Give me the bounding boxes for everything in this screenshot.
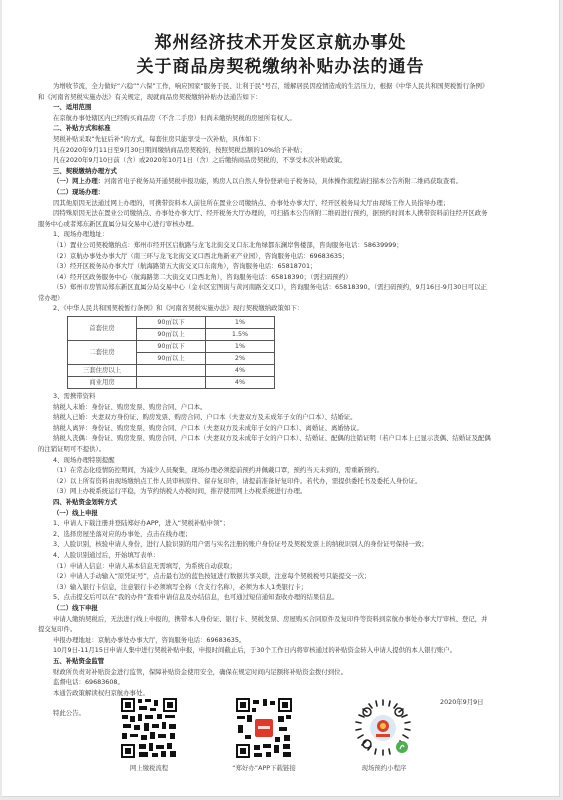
- table-cell-area: [137, 365, 206, 377]
- table-cell-area: 90㎡以上: [137, 353, 206, 365]
- offline-paragraph: 申请人缴纳契税后，无法进行线上申报的，携带本人身份证、银行卡、契税发票、房屋购买…: [38, 614, 493, 635]
- reminder-title: 4、现场办理特别提醒: [38, 455, 493, 466]
- offline-paragraph: 10月9日-11月15日申请人集中进行契税补贴申报，申报时间截止后，于30个工作…: [38, 645, 493, 656]
- materials-item: 纳税人离异：身份证、购房发票、购房合同、户口本（夫妻双方及未成年子女的户口本）、…: [38, 423, 493, 434]
- address-item: （2）京航办事处办事大厅（南三环与龙飞北街交叉口西北角新亚产业园），咨询服务电话…: [38, 251, 493, 262]
- title-line-2: 关于商品房契税缴纳补贴办法的通告: [2, 52, 559, 77]
- qr-caption: “郑好办”APP下载链接: [204, 763, 324, 772]
- step-item: 2、选择房屋坐落对应的办事处，点击在线办理；: [38, 529, 493, 540]
- qr-caption: 网上缴税流程: [89, 763, 209, 772]
- table-cell-type: 二套住房: [68, 341, 137, 365]
- tax-rate-table: 首套住房 90㎡以下 1% 90㎡以上 1.5% 二套住房 90㎡以下 1% 9…: [67, 316, 275, 389]
- section-5-line: 监督电话：69683608。: [38, 677, 493, 688]
- step-item: （1）申请人信息：申请人基本信息无需填写，为系统自动获取；: [38, 561, 493, 572]
- section-5-line: 财政所负责对补贴资金进行监管，保障补贴资金使用安全，确保在规定时间内足额将补贴资…: [38, 667, 493, 678]
- onsite-paragraph-1: 因其他原因无法通过网上办理的，可携带资料本人前往所在置业公司缴纳点、办事处办事大…: [38, 198, 493, 209]
- table-cell-rate: 1%: [206, 317, 275, 329]
- step-item: 3、人脸识别，核验申请人身份，进行人脸识别的用户需与实名注册的账户身份证号及契税…: [38, 539, 493, 550]
- table-cell-area: 90㎡以下: [137, 341, 206, 353]
- qr-code-app-icon[interactable]: [235, 697, 293, 759]
- reminder-item: （3）网上办税系统运行平稳，为节约纳税人办税时间，推荐使用网上办税系统进行办理。: [38, 486, 493, 497]
- table-cell-area: 90㎡以上: [137, 329, 206, 341]
- section-1-text: 在京航办事处辖区内已经购买商品房（不含二手房）但尚未缴纳契税的房屋所有权人。: [38, 113, 493, 124]
- materials-title: 3、需携带资料: [38, 391, 493, 402]
- address-item: （1）置业公司契税缴纳点：郑州市经开区启航路与龙飞北街交叉口东北角绿都东澜岸售楼…: [38, 240, 493, 251]
- online-text: 河南省电子税务局开通契税申报功能，购房人以自然人身份登录电子税务局，具体操作流程…: [104, 177, 462, 185]
- table-cell-area: [137, 377, 206, 389]
- materials-item: 纳税人已婚：夫妻双方身份证、购房发票、购房合同、户口本（夫妻双方及未成年子女的户…: [38, 412, 493, 423]
- address-item: （4）经开区政务服务中心（航海路第二大街交叉口西北角），咨询服务电话：65818…: [38, 272, 493, 283]
- section-5-heading: 五、补贴资金监管: [38, 656, 493, 667]
- table-cell-rate: 1%: [206, 341, 275, 353]
- step-item: 1、申请人下载注册并登陆郑好办APP，进入“契税补贴申领”；: [38, 518, 493, 529]
- qr-caption: 现场预约小程序: [324, 763, 444, 772]
- online-apply-label: （一）线上申报: [38, 508, 493, 519]
- policy-title: 2、《中华人民共和国契税暂行条例》和《河南省契税实施办法》现行契税缴纳政策如下：: [38, 303, 493, 314]
- onsite-paragraph-2: 因特殊原因无法在置业公司缴纳点、办事处办事大厅、经开税务大厅办理的，可扫描本公告…: [38, 208, 493, 229]
- address-title: 1、现场办理地址：: [38, 229, 493, 240]
- step-item: 4、人脸识别通过后，开始填写表单：: [38, 550, 493, 561]
- section-1-heading: 一、适用范围: [38, 102, 493, 113]
- step-item: （3）输入银行卡信息，注意银行卡必须填写全称（含支行名称），必须为本人1类银行卡…: [38, 582, 493, 593]
- section-2-heading: 二、补贴方式和标准: [38, 123, 493, 134]
- notice-body: 为增收节流，全力做好“六稳”“六保”工作，响应国家“服务于民、让利于民”号召，缓…: [38, 81, 493, 719]
- intro-paragraph: 为增收节流，全力做好“六稳”“六保”工作，响应国家“服务于民、让利于民”号召，缓…: [38, 81, 493, 102]
- table-row: 二套住房 90㎡以下 1%: [68, 341, 275, 353]
- section-3-heading: 三、契税缴纳办理方式: [38, 166, 493, 177]
- table-cell-type: 商业用房: [68, 377, 137, 389]
- table-cell-rate: 4%: [206, 365, 275, 377]
- section-2-line: 凡在2020年9月11日至9月30日期间缴纳商品房契税的，按照契税总额的10%给…: [38, 145, 493, 156]
- reminder-item: （2）以上所有资料由现场缴纳点工作人员审核原件、留存复印件，请提前准备好复印件。…: [38, 476, 493, 487]
- onsite-label: （二）现场办理：: [38, 187, 493, 198]
- qr-code-row: 网上缴税流程 “郑好办: [2, 697, 559, 787]
- table-cell-area: 90㎡以下: [137, 317, 206, 329]
- address-item: （5）郑州市房管局郑东新区直属分局交易中心（金水区宏图街与黄河南路交叉口），咨询…: [38, 282, 493, 303]
- qr-code-icon[interactable]: [120, 697, 178, 759]
- online-label: （一）网上办理：: [53, 177, 104, 185]
- section-4-heading: 四、补贴资金划转方式: [38, 497, 493, 508]
- table-row: 首套住房 90㎡以下 1%: [68, 317, 275, 329]
- notice-page: 郑州经济技术开发区京航办事处 关于商品房契税缴纳补贴办法的通告 为增收节流，全力…: [2, 0, 560, 797]
- step-item: 5、点击提交后可以在“我的办件”查看申请信息及办结信息，也可通过短信通知查收办理…: [38, 592, 493, 603]
- section-2-line: 凡在2020年9月10日前（含）或2020年10月1日（含）之后缴纳商品房契税的…: [38, 155, 493, 166]
- table-row: 商业用房 4%: [68, 377, 275, 389]
- offline-apply-label: （二）线下申报: [38, 603, 493, 614]
- table-row: 三套住房以上 4%: [68, 365, 275, 377]
- table-cell-type: 三套住房以上: [68, 365, 137, 377]
- title-line-1: 郑州经济技术开发区京航办事处: [2, 28, 559, 53]
- table-cell-rate: 1.5%: [206, 329, 275, 341]
- table-cell-type: 首套住房: [68, 317, 137, 341]
- reminder-item: （1）在常态化疫情防控期间，为减少人员聚集，现场办理必须提前预约并佩戴口罩，预约…: [38, 465, 493, 476]
- address-item: （3）经开区税务局办事大厅（航海路第五大街交叉口东南角），咨询服务电话：6581…: [38, 261, 493, 272]
- mini-program-code-icon[interactable]: [352, 697, 414, 759]
- table-cell-rate: 2%: [206, 353, 275, 365]
- offline-paragraph: 申报办理地址：京航办事处办事大厅，咨询服务电话：69683635。: [38, 635, 493, 646]
- table-cell-rate: 4%: [206, 377, 275, 389]
- section-2-line: 契税补贴采取“先征后补”的方式，每套住房只能享受一次补贴，具体如下：: [38, 134, 493, 145]
- materials-item: 纳税人未婚：身份证、购房发票、购房合同、户口本。: [38, 402, 493, 413]
- step-item: （2）申请人手动输入“原凭证号”，点击最右边的蓝色按钮进行数据共享关联，注意每个…: [38, 571, 493, 582]
- materials-item: 纳税人丧偶：身份证、购房发票、购房合同、户口本（夫妻双方及未成年子女的户口本）、…: [38, 433, 493, 454]
